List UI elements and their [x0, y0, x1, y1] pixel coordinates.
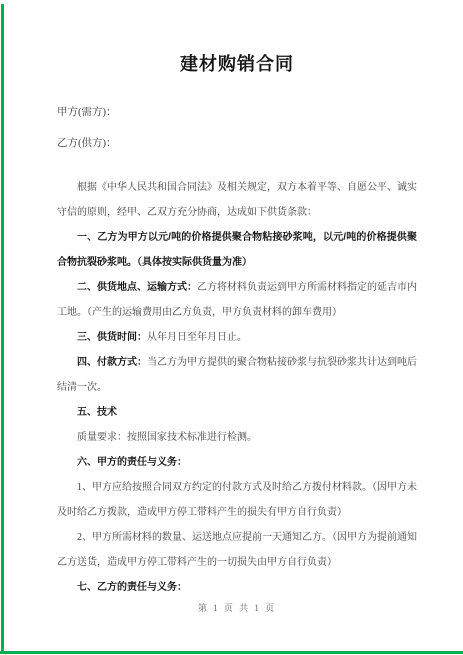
- clause-5: 五、技术: [57, 400, 417, 425]
- clause-2: 二、供货地点、运输方式：乙方将材料负责运到甲方所需材料指定的延吉市内工地。（产生…: [57, 275, 417, 325]
- intro-paragraph: 根据《中华人民共和国合同法》及相关规定，双方本着平等、自愿公平、诚实守信的原则，…: [57, 175, 417, 225]
- contract-body: 根据《中华人民共和国合同法》及相关规定，双方本着平等、自愿公平、诚实守信的原则，…: [57, 175, 417, 600]
- clause-2-label: 二、供货地点、运输方式：: [77, 282, 197, 293]
- clause-4: 四、付款方式：当乙方为甲方提供的聚合物粘接砂浆与抗裂砂浆共计达到吨后结清一次。: [57, 350, 417, 400]
- document-content: 建材购销合同 甲方(需方)： 乙方(供方)： 根据《中华人民共和国合同法》及相关…: [0, 0, 463, 655]
- party-b-line: 乙方(供方)：: [57, 131, 417, 156]
- document-title: 建材购销合同: [57, 0, 417, 76]
- clause-5-label: 五、技术: [77, 407, 117, 418]
- clause-7: 七、乙方的责任与义务：: [57, 575, 417, 600]
- clause-3: 三、供货时间：从年月日至年月日止。: [57, 325, 417, 350]
- clause-3-label: 三、供货时间：: [77, 332, 147, 343]
- clause-7-label: 七、乙方的责任与义务：: [77, 582, 187, 593]
- clause-4-label: 四、付款方式：: [77, 357, 147, 368]
- quality-line: 质量要求：按照国家技术标准进行检测。: [57, 425, 417, 450]
- clause-1-text: 一、乙方为甲方以元/吨的价格提供聚合物粘接砂浆吨，以元/吨的价格提供聚合物抗裂砂…: [57, 232, 417, 268]
- page-number-footer: 第 1 页 共 1 页: [57, 602, 417, 614]
- clause-1: 一、乙方为甲方以元/吨的价格提供聚合物粘接砂浆吨，以元/吨的价格提供聚合物抗裂砂…: [57, 225, 417, 275]
- document-page: 建材购销合同 甲方(需方)： 乙方(供方)： 根据《中华人民共和国合同法》及相关…: [0, 0, 463, 655]
- clause-6-label: 六、甲方的责任与义务：: [77, 457, 187, 468]
- clause-6-item-1: 1、甲方应给按照合同双方约定的付款方式及时给乙方拨付材料款。（因甲方未及时给乙方…: [57, 475, 417, 525]
- party-a-line: 甲方(需方)：: [57, 100, 417, 125]
- clause-3-body: 从年月日至年月日止。: [147, 332, 247, 343]
- clause-6: 六、甲方的责任与义务：: [57, 450, 417, 475]
- clause-6-item-2: 2、甲方所需材料的数量、运送地点应提前一天通知乙方。（因甲方为提前通知乙方送货，…: [57, 525, 417, 575]
